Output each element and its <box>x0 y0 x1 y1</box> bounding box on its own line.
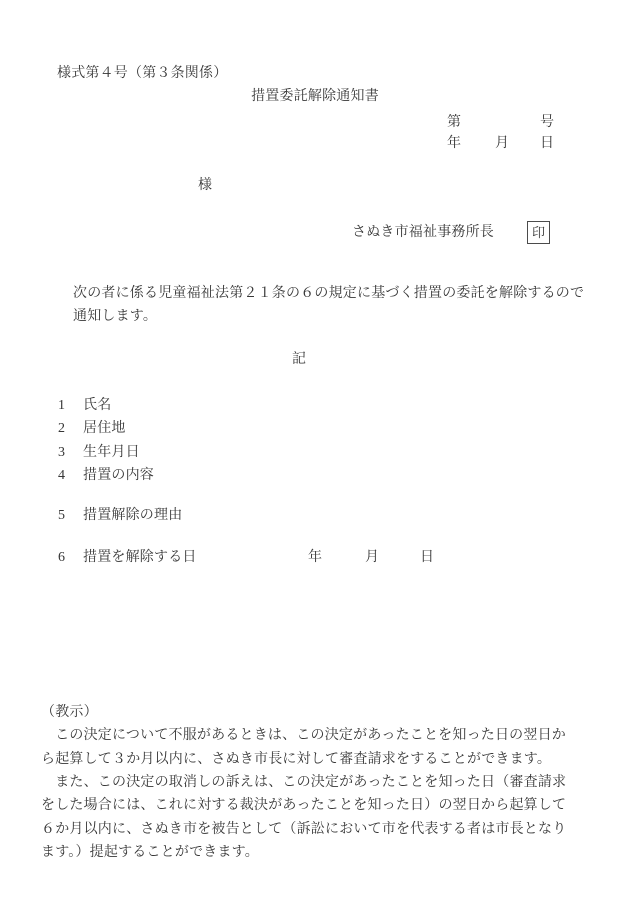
release-date-day-label: 日 <box>420 550 434 566</box>
kyoji-line-5: ６か月以内に、さぬき市を被告として（訴訟において市を代表する者は市長となり <box>41 822 566 838</box>
seal-label: 印 <box>532 226 545 239</box>
kyoji-heading: （教示） <box>41 705 98 721</box>
item-3-label: 生年月日 <box>83 445 140 461</box>
kyoji-line-1: この決定について不服があるときは、この決定があったことを知った日の翌日か <box>41 728 566 744</box>
doc-number-prefix: 第 <box>447 115 461 131</box>
release-date-year-label: 年 <box>308 550 322 566</box>
item-3-number: 3 <box>58 445 65 461</box>
form-number: 様式第４号（第３条関係） <box>57 66 227 82</box>
body-line-2: 通知します。 <box>73 309 157 325</box>
item-4-number: 4 <box>58 468 65 484</box>
kyoji-line-2: ら起算して３か月以内に、さぬき市長に対して審査請求をすることができます。 <box>41 752 551 768</box>
doc-number-suffix: 号 <box>540 115 554 131</box>
item-1-number: 1 <box>58 398 65 414</box>
item-2-label: 居住地 <box>83 421 126 437</box>
doc-title: 措置委託解除通知書 <box>0 89 630 105</box>
item-6-number: 6 <box>58 550 65 566</box>
seal-box: 印 <box>527 221 550 244</box>
body-line-1: 次の者に係る児童福祉法第２１条の６の規定に基づく措置の委託を解除するので <box>73 286 584 302</box>
item-6-label: 措置を解除する日 <box>83 550 197 566</box>
item-1-label: 氏名 <box>83 398 111 414</box>
item-4-label: 措置の内容 <box>83 468 154 484</box>
item-5-number: 5 <box>58 508 65 524</box>
item-5-label: 措置解除の理由 <box>83 508 182 524</box>
date-month-label: 月 <box>495 136 509 152</box>
document-page: 様式第４号（第３条関係） 措置委託解除通知書 第 号 年 月 日 様 さぬき市福… <box>0 0 630 915</box>
issuer-title: さぬき市福祉事務所長 <box>352 225 494 241</box>
kyoji-line-6: ます。）提起することができます。 <box>41 845 259 861</box>
ki-marker: 記 <box>292 352 306 368</box>
release-date-month-label: 月 <box>365 550 379 566</box>
kyoji-line-3: また、この決定の取消しの訴えは、この決定があったことを知った日（審査請求 <box>41 775 566 791</box>
item-2-number: 2 <box>58 421 65 437</box>
kyoji-line-4: をした場合には、これに対する裁決があったことを知った日）の翌日から起算して <box>41 798 566 814</box>
date-year-label: 年 <box>447 136 461 152</box>
addressee-honorific: 様 <box>198 178 212 194</box>
date-day-label: 日 <box>540 136 554 152</box>
